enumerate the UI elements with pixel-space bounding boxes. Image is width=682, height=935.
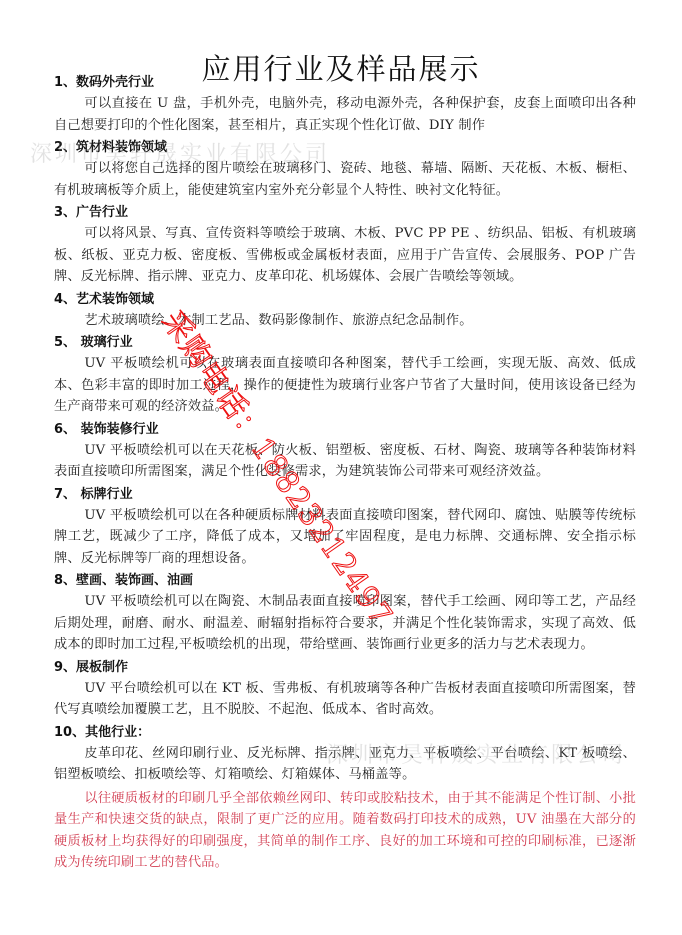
section-paragraph: UV 平板喷绘机可以在玻璃表面直接喷印各种图案，替代手工绘画，实现无版、高效、低… bbox=[54, 353, 636, 418]
document-page: 应用行业及样品展示 1、数码外壳行业 可以直接在 U 盘，手机外壳，电脑外壳，移… bbox=[0, 0, 682, 935]
section-heading: 3、广告行业 bbox=[54, 203, 636, 223]
section-3: 3、广告行业 可以将风景、写真、宣传资料等喷绘于玻璃、木板、PVC PP PE … bbox=[54, 203, 636, 288]
section-heading: 5、 玻璃行业 bbox=[54, 333, 636, 353]
section-5: 5、 玻璃行业 UV 平板喷绘机可以在玻璃表面直接喷印各种图案，替代手工绘画，实… bbox=[54, 333, 636, 418]
section-10: 10、其他行业： 皮革印花、丝网印刷行业、反光标牌、指示牌、亚克力、平板喷绘、平… bbox=[54, 723, 636, 786]
section-4: 4、艺术装饰领域 艺术玻璃喷绘、木制工艺品、数码影像制作、旅游点纪念品制作。 bbox=[54, 290, 636, 332]
section-heading: 6、 装饰装修行业 bbox=[54, 420, 636, 440]
section-heading: 2、筑材料装饰领域 bbox=[54, 138, 636, 158]
section-heading: 7、 标牌行业 bbox=[54, 485, 636, 505]
section-heading: 8、壁画、装饰画、油画 bbox=[54, 571, 636, 591]
section-8: 8、壁画、装饰画、油画 UV 平板喷绘机可以在陶瓷、木制品表面直接喷印图案，替代… bbox=[54, 571, 636, 656]
closing-paragraph: 以往硬质板材的印刷几乎全部依赖丝网印、转印或胶粘技术，由于其不能满足个性订制、小… bbox=[54, 788, 636, 874]
document-body: 1、数码外壳行业 可以直接在 U 盘，手机外壳，电脑外壳，移动电源外壳，各种保护… bbox=[54, 73, 636, 876]
section-heading: 9、展板制作 bbox=[54, 658, 636, 678]
section-heading: 4、艺术装饰领域 bbox=[54, 290, 636, 310]
section-paragraph: 可以直接在 U 盘，手机外壳，电脑外壳，移动电源外壳，各种保护套，皮套上面喷印出… bbox=[54, 93, 636, 136]
section-heading: 1、数码外壳行业 bbox=[54, 73, 636, 93]
section-9: 9、展板制作 UV 平台喷绘机可以在 KT 板、雪弗板、有机玻璃等各种广告板材表… bbox=[54, 658, 636, 721]
section-paragraph: UV 平板喷绘机可以在天花板、防火板、铝塑板、密度板、石材、陶瓷、玻璃等各种装饰… bbox=[54, 440, 636, 483]
section-2: 2、筑材料装饰领域 可以将您自己选择的图片喷绘在玻璃移门、瓷砖、地毯、幕墙、隔断… bbox=[54, 138, 636, 201]
section-paragraph: 皮革印花、丝网印刷行业、反光标牌、指示牌、亚克力、平板喷绘、平台喷绘、KT 板喷… bbox=[54, 743, 636, 786]
section-7: 7、 标牌行业 UV 平板喷绘机可以在各种硬质标牌材料表面直接喷印图案，替代网印… bbox=[54, 485, 636, 570]
section-1: 1、数码外壳行业 可以直接在 U 盘，手机外壳，电脑外壳，移动电源外壳，各种保护… bbox=[54, 73, 636, 136]
section-paragraph: UV 平台喷绘机可以在 KT 板、雪弗板、有机玻璃等各种广告板材表面直接喷印所需… bbox=[54, 678, 636, 721]
section-paragraph: UV 平板喷绘机可以在各种硬质标牌材料表面直接喷印图案，替代网印、腐蚀、贴膜等传… bbox=[54, 505, 636, 570]
section-heading: 10、其他行业： bbox=[54, 723, 636, 743]
section-paragraph: 可以将风景、写真、宣传资料等喷绘于玻璃、木板、PVC PP PE 、纺织品、铝板… bbox=[54, 223, 636, 288]
section-paragraph: 艺术玻璃喷绘、木制工艺品、数码影像制作、旅游点纪念品制作。 bbox=[54, 310, 636, 332]
section-paragraph: 可以将您自己选择的图片喷绘在玻璃移门、瓷砖、地毯、幕墙、隔断、天花板、木板、橱柜… bbox=[54, 158, 636, 201]
section-paragraph: UV 平板喷绘机可以在陶瓷、木制品表面直接喷印图案，替代手工绘画、网印等工艺，产… bbox=[54, 591, 636, 656]
section-6: 6、 装饰装修行业 UV 平板喷绘机可以在天花板、防火板、铝塑板、密度板、石材、… bbox=[54, 420, 636, 483]
